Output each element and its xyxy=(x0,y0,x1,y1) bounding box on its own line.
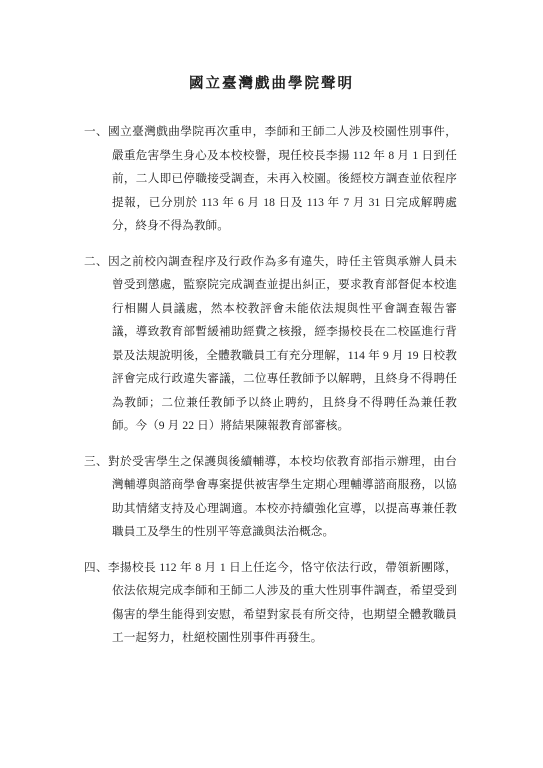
document-title: 國立臺灣戲曲學院聲明 xyxy=(0,0,543,94)
paragraph-1-number: 一、 xyxy=(84,125,108,138)
paragraph-1-text: 國立臺灣戲曲學院再次重申，李師和王師二人涉及校園性別事件，嚴重危害學生身心及本校… xyxy=(108,125,457,232)
document-page: 國立臺灣戲曲學院聲明 一、國立臺灣戲曲學院再次重申，李師和王師二人涉及校園性別事… xyxy=(0,0,543,768)
statement-paragraph-3: 三、對於受害學生之保護與後續輔導，本校均依教育部指示辦理，由台灣輔導與諮商學會專… xyxy=(84,450,457,544)
paragraph-4-text: 李揚校長 112 年 8 月 1 日上任迄今，恪守依法行政，帶領新團隊，依法依規… xyxy=(108,561,457,645)
statement-paragraph-1: 一、國立臺灣戲曲學院再次重申，李師和王師二人涉及校園性別事件，嚴重危害學生身心及… xyxy=(84,120,457,238)
statement-paragraph-2: 二、因之前校內調查程序及行政作為多有違失，時任主管與承辦人員未曾受到懲處，監察院… xyxy=(84,250,457,438)
paragraph-2-text: 因之前校內調查程序及行政作為多有違失，時任主管與承辦人員未曾受到懲處，監察院完成… xyxy=(108,255,457,433)
statement-paragraph-4: 四、李揚校長 112 年 8 月 1 日上任迄今，恪守依法行政，帶領新團隊，依法… xyxy=(84,556,457,650)
paragraph-2-number: 二、 xyxy=(84,255,108,268)
document-body: 一、國立臺灣戲曲學院再次重申，李師和王師二人涉及校園性別事件，嚴重危害學生身心及… xyxy=(84,120,457,650)
paragraph-3-number: 三、 xyxy=(84,455,108,468)
paragraph-3-text: 對於受害學生之保護與後續輔導，本校均依教育部指示辦理，由台灣輔導與諮商學會專案提… xyxy=(108,455,457,539)
paragraph-4-number: 四、 xyxy=(84,561,108,574)
